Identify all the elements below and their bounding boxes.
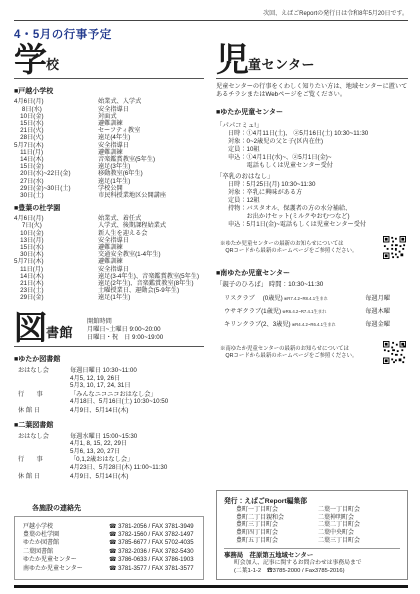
contact-facility-name: ゆたか児童センター xyxy=(23,556,109,564)
top-divider xyxy=(14,20,408,21)
two-column-layout: 学 校 ■戸越小学校 4月6日(月) 始業式、入学式 8日(水) 安全指導日 xyxy=(14,44,408,580)
schedule-row: 5月7日(木) 安全指導日 xyxy=(14,142,204,149)
town-association-left: 豊町三丁目町会 xyxy=(224,522,312,530)
schedule-date: 28日(火) xyxy=(14,134,98,141)
children-center-intro: 児童センターの行事をくわしく知りたい方は、地域センターに置いてあるチラシまたはW… xyxy=(216,83,408,99)
library-header: 図 書館 開館時間 月曜日~土曜日 9:00~20:00 日曜日・祝 日 9:0… xyxy=(14,312,204,344)
library-item: おはなし会 毎週水曜日 15:00~15:30 4月1, 8, 15, 22, … xyxy=(14,433,204,456)
contact-facility-name: 豊葉の杜学園 xyxy=(23,531,109,539)
library-item-label: おはなし会 xyxy=(14,367,70,390)
library-item-text: 「みんなニコニコおはなし会」 4月18日、5月16日(土) 10:30~10:5… xyxy=(70,391,168,406)
schedule-row: 11日(月) 避難訓練 xyxy=(14,149,204,156)
section-minami-center-title: ■南ゆたか児童センター xyxy=(216,268,408,278)
contact-facility-name: 戸越小学校 xyxy=(23,523,109,531)
schedule-event: 遠足(1年生) xyxy=(98,294,130,301)
schedule-event: 遠足(1年生) xyxy=(98,178,130,185)
library-hours-title: 開館時間 xyxy=(87,318,163,326)
section-togoshi-title: ■戸越小学校 xyxy=(14,86,204,96)
page-title: 4・5月の行事予定 xyxy=(14,26,408,42)
schedule-event: 新入生を迎える会 xyxy=(98,230,148,237)
center-event-details: 日時：5月25日(月) 10:30~11:30 対象：卒乳に興味がある方 定員：… xyxy=(228,181,408,229)
library-item-text: 4月9日、5月14日(木) xyxy=(70,473,128,481)
library-item-label: 行 事 xyxy=(14,456,70,471)
library-header-sub: 書館 xyxy=(46,322,73,343)
library-item: 休 館 日 4月9日、5月14日(木) xyxy=(14,473,204,481)
library-item-text: 4月9日、5月14日(木) xyxy=(70,407,128,415)
togoshi-schedule: 4月6日(月) 始業式、入学式 8日(水) 安全指導日 10日(金) 対面式 xyxy=(14,98,204,199)
town-association-row: 豊町一丁目町会 二葉一丁目町会 xyxy=(224,507,400,515)
qr-code-icon xyxy=(383,236,406,259)
children-center-header: 児 童センター xyxy=(216,44,408,75)
club-birth-range-note: ※R4.4.2~R6.4.1生まれ xyxy=(292,321,336,328)
library-item-text: 「0,1,2歳おはなし会」 4月23日、5月28日(木) 11:00~11:30 xyxy=(70,456,167,471)
publisher-divider xyxy=(224,548,400,549)
contact-phone-fax: ☎ 3782-1560 / FAX 3782-1497 xyxy=(109,531,194,539)
schedule-date: 27日(水) xyxy=(14,178,98,185)
contact-facility-name: 南ゆたか児童センター xyxy=(23,565,109,573)
club-weekday: 毎週木曜 xyxy=(365,308,408,315)
contacts-title: 各施設の連絡先 xyxy=(32,503,204,513)
schedule-event: 安全指導日 xyxy=(98,106,129,113)
center-event: 「卒乳のおはなし」 日時：5月25日(月) 10:30~11:30 対象：卒乳に… xyxy=(216,173,408,229)
town-association-row: 豊町五丁目町会 二葉三丁目町会 xyxy=(224,538,400,546)
library-item-label: 行 事 xyxy=(14,391,70,406)
schedule-date: 5月7日(木) xyxy=(14,258,98,265)
section-toyoha-title: ■豊葉の杜学園 xyxy=(14,203,204,213)
contact-row: 南ゆたか児童センター ☎ 3781-3577 / FAX 3781-3577 xyxy=(23,565,195,573)
club-weekday: 毎週金曜 xyxy=(365,321,408,328)
schedule-event: 安全指導日 xyxy=(98,266,129,273)
schedule-row: 28日(火) 遠足(4年生) xyxy=(14,134,204,141)
schedule-row: 8日(水) 安全指導日 xyxy=(14,106,204,113)
toyoha-schedule: 4月6日(月) 始業式、着任式 7日(火) 入学式、後期課程始業式 10日(金)… xyxy=(14,215,204,301)
schedule-row: 29日(金) 遠足(1年生) xyxy=(14,294,204,301)
schedule-date: 30日(土) xyxy=(14,192,98,199)
contact-facility-name: ゆたか図書館 xyxy=(23,539,109,547)
contact-phone-fax: ☎ 3785-6677 / FAX 5702-4035 xyxy=(109,539,194,547)
club-name: ウサギクラブ(1歳児) xyxy=(224,308,281,315)
contact-facility-name: 二葉図書館 xyxy=(23,548,109,556)
schedule-date: 5月7日(木) xyxy=(14,142,98,149)
futaba-library-items: おはなし会 毎週水曜日 15:00~15:30 4月1, 8, 15, 22, … xyxy=(14,432,204,482)
newsletter-page: 次回、えばごReportの発行日は令和8年5月20日です。 4・5月の行事予定 … xyxy=(0,0,420,594)
contact-phone-fax: ☎ 3781-2056 / FAX 3781-3949 xyxy=(109,523,194,531)
library-item: 休 館 日 4月9日、5月14日(木) xyxy=(14,407,204,415)
town-association-right: 二葉二丁目町会 xyxy=(312,522,400,530)
schedule-row: 7日(火) 入学式、後期課程始業式 xyxy=(14,222,204,229)
schedule-date: 11日(月) xyxy=(14,149,98,156)
bottom-rule xyxy=(14,585,408,588)
schedule-row: 4月6日(月) 始業式、入学式 xyxy=(14,98,204,105)
club-birth-range-note: ※R6.4.2~R7.4.1生まれ xyxy=(282,308,326,315)
minami-center-clubs: リスクラブ (0歳児) ※R7.4.2~R8.4.1生まれ 毎週月曜 ウサギクラ… xyxy=(216,291,408,334)
schedule-row: 10日(金) 対面式 xyxy=(14,113,204,120)
section-yutaka-library-title: ■ゆたか図書館 xyxy=(14,354,204,364)
club-row: ウサギクラブ(1歳児) ※R6.4.2~R7.4.1生まれ 毎週木曜 xyxy=(216,308,408,315)
library-item-label: 休 館 日 xyxy=(14,473,70,481)
schedule-date: 8日(水) xyxy=(14,106,98,113)
next-issue-note: 次回、えばごReportの発行日は令和8年5月20日です。 xyxy=(14,10,408,18)
schedule-date: 29日(金)~30日(土) xyxy=(14,185,98,192)
school-header-divider xyxy=(14,78,204,79)
schedule-row: 20日(水)~22日(金) 移動教室(6年生) xyxy=(14,170,204,177)
library-item-text: 毎週水曜日 15:00~15:30 4月1, 8, 15, 22, 29日 5月… xyxy=(70,433,137,456)
schedule-row: 27日(水) 遠足(1年生) xyxy=(14,178,204,185)
schedule-event: 対面式 xyxy=(98,113,117,120)
club-birth-range-note: ※R7.4.2~R8.4.1生まれ xyxy=(284,295,328,302)
library-item-label: 休 館 日 xyxy=(14,407,70,415)
library-item-text: 毎週日曜日 10:30~11:00 4月5, 12, 19, 26日 5月3, … xyxy=(70,367,137,390)
library-item: 行 事 「0,1,2歳おはなし会」 4月23日、5月28日(木) 11:00~1… xyxy=(14,456,204,471)
library-item: おはなし会 毎週日曜日 10:30~11:00 4月5, 12, 19, 26日… xyxy=(14,367,204,390)
children-center-header-main: 児 xyxy=(216,44,248,75)
schedule-event: 遠足(4年生) xyxy=(98,134,130,141)
library-item-label: おはなし会 xyxy=(14,433,70,456)
school-header-main: 学 xyxy=(14,44,46,75)
minami-center-note: ※南ゆたか児童センターの最新のお知らせについては QRコードから最新のホームペー… xyxy=(220,346,357,360)
right-column: 児 童センター 児童センターの行事をくわしく知りたい方は、地域センターに置いてあ… xyxy=(216,44,408,580)
schedule-row: 13日(月) 安全指導日 xyxy=(14,237,204,244)
club-weekday: 毎週月曜 xyxy=(365,295,408,302)
contact-row: ゆたか図書館 ☎ 3785-6677 / FAX 5702-4035 xyxy=(23,539,195,547)
schedule-event: 学校公開 xyxy=(98,185,123,192)
schedule-date: 10日(金) xyxy=(14,113,98,120)
publisher-box: 発行：えばごReport編集部 豊町一丁目町会 二葉一丁目町会 豊町二丁目親和会… xyxy=(216,490,408,580)
school-header-sub: 校 xyxy=(46,54,60,75)
publisher-town-associations: 豊町一丁目町会 二葉一丁目町会 豊町二丁目親和会 二葉神明町会 豊町三丁目町会 … xyxy=(224,507,400,545)
contacts-section: 各施設の連絡先 戸越小学校 ☎ 3781-2056 / FAX 3781-394… xyxy=(14,503,204,580)
club-name: キリンクラブ(2、3歳児) xyxy=(224,321,291,328)
schedule-date: 7日(火) xyxy=(14,222,98,229)
section-futaba-library-title: ■二葉図書館 xyxy=(14,420,204,430)
schedule-date: 4月6日(月) xyxy=(14,98,98,105)
town-association-right: 二葉中央町会 xyxy=(312,530,400,538)
schedule-date: 11日(月) xyxy=(14,266,98,273)
contact-phone-fax: ☎ 3781-3577 / FAX 3781-3577 xyxy=(109,565,194,573)
minami-center-note-row: ※南ゆたか児童センターの最新のお知らせについては QRコードから最新のホームペー… xyxy=(216,341,408,364)
library-item: 行 事 「みんなニコニコおはなし会」 4月18日、5月16日(土) 10:30~… xyxy=(14,391,204,406)
schedule-event: 遠足(3-4年生)、音楽鑑賞教室(5年生) xyxy=(98,273,199,280)
children-center-header-sub: 童センター xyxy=(248,54,315,75)
minami-center-subtitle: 「親子のひろば」 時間：10:30~11:30 xyxy=(216,281,408,289)
contact-phone-fax: ☎ 3786-0633 / FAX 3786-1903 xyxy=(109,556,194,564)
publisher-office-note: 町会加入、記事に関するお問合わせは事務局まで (二葉1-1-2 ☎3785-20… xyxy=(234,560,400,575)
town-association-row: 豊町三丁目町会 二葉二丁目町会 xyxy=(224,522,400,530)
schedule-event: 始業式、入学式 xyxy=(98,98,141,105)
schedule-date: 10日(金) xyxy=(14,230,98,237)
left-column: 学 校 ■戸越小学校 4月6日(月) 始業式、入学式 8日(水) 安全指導日 xyxy=(14,44,204,580)
yutaka-center-note: ※ゆたか児童センターの最新のお知らせについては QRコードから最新のホームページ… xyxy=(220,241,357,255)
school-header: 学 校 xyxy=(14,44,204,75)
qr-code-icon xyxy=(383,341,406,364)
schedule-row: 11日(月) 安全指導日 xyxy=(14,266,204,273)
town-association-row: 豊町四丁目町会 二葉中央町会 xyxy=(224,530,400,538)
club-row: キリンクラブ(2、3歳児) ※R4.4.2~R6.4.1生まれ 毎週金曜 xyxy=(216,321,408,328)
schedule-row: 5月7日(木) 避難訓練 xyxy=(14,258,204,265)
schedule-event: 安全指導日 xyxy=(98,237,129,244)
schedule-date: 14日(木) xyxy=(14,273,98,280)
schedule-row: 30日(土) 市民科授業地区公開講座 xyxy=(14,192,204,199)
town-association-left: 豊町五丁目町会 xyxy=(224,538,312,546)
schedule-date: 20日(水)~22日(金) xyxy=(14,170,98,177)
schedule-row: 29日(金)~30日(土) 学校公開 xyxy=(14,185,204,192)
library-hours-lines: 月曜日~土曜日 9:00~20:00 日曜日・祝 日 9:00~19:00 xyxy=(87,326,163,342)
club-row: リスクラブ (0歳児) ※R7.4.2~R8.4.1生まれ 毎週月曜 xyxy=(216,295,408,302)
schedule-event: 避難訓練 xyxy=(98,149,123,156)
publisher-office: 事務局 荏原第五地域センター xyxy=(224,552,400,560)
town-association-right: 二葉三丁目町会 xyxy=(312,538,400,546)
contact-row: 戸越小学校 ☎ 3781-2056 / FAX 3781-3949 xyxy=(23,523,195,531)
section-yutaka-center-title: ■ゆたか児童センター xyxy=(216,107,408,117)
town-association-left: 豊町一丁目町会 xyxy=(224,507,312,515)
town-association-right: 二葉一丁目町会 xyxy=(312,507,400,515)
yutaka-center-note-row: ※ゆたか児童センターの最新のお知らせについては QRコードから最新のホームページ… xyxy=(216,236,408,259)
schedule-date: 29日(金) xyxy=(14,294,98,301)
contact-row: ゆたか児童センター ☎ 3786-0633 / FAX 3786-1903 xyxy=(23,556,195,564)
schedule-event: 安全指導日 xyxy=(98,142,129,149)
contact-row: 二葉図書館 ☎ 3782-2036 / FAX 3782-5430 xyxy=(23,548,195,556)
library-header-chars: 図 書館 xyxy=(14,312,73,343)
library-hours: 開館時間 月曜日~土曜日 9:00~20:00 日曜日・祝 日 9:00~19:… xyxy=(87,312,163,342)
children-center-header-divider xyxy=(216,78,408,79)
library-header-divider xyxy=(14,346,204,347)
center-event: 「パパコミュ!」 日時：①4月11日(土)、 ②5月16日(土) 10:30~1… xyxy=(216,122,408,170)
schedule-date: 13日(月) xyxy=(14,237,98,244)
schedule-event: 市民科授業地区公開講座 xyxy=(98,192,166,199)
contact-phone-fax: ☎ 3782-2036 / FAX 3782-5430 xyxy=(109,548,194,556)
yutaka-library-items: おはなし会 毎週日曜日 10:30~11:00 4月5, 12, 19, 26日… xyxy=(14,366,204,416)
center-event-details: 日時：①4月11日(土)、 ②5月16日(土) 10:30~11:30 対象：0… xyxy=(228,130,408,170)
schedule-event: 移動教室(6年生) xyxy=(98,170,143,177)
yutaka-center-events: 「パパコミュ!」 日時：①4月11日(土)、 ②5月16日(土) 10:30~1… xyxy=(216,119,408,229)
schedule-event: 入学式、後期課程始業式 xyxy=(98,222,166,229)
town-association-left: 豊町四丁目町会 xyxy=(224,530,312,538)
schedule-row: 10日(金) 新入生を迎える会 xyxy=(14,230,204,237)
contacts-box: 戸越小学校 ☎ 3781-2056 / FAX 3781-3949 豊葉の杜学園… xyxy=(14,516,204,580)
publisher-title: 発行：えばごReport編集部 xyxy=(224,495,400,505)
library-header-main: 図 xyxy=(14,312,46,343)
schedule-row: 14日(木) 遠足(3-4年生)、音楽鑑賞教室(5年生) xyxy=(14,273,204,280)
contact-row: 豊葉の杜学園 ☎ 3782-1560 / FAX 3782-1497 xyxy=(23,531,195,539)
schedule-event: 避難訓練 xyxy=(98,258,123,265)
club-name: リスクラブ (0歳児) xyxy=(224,295,283,302)
